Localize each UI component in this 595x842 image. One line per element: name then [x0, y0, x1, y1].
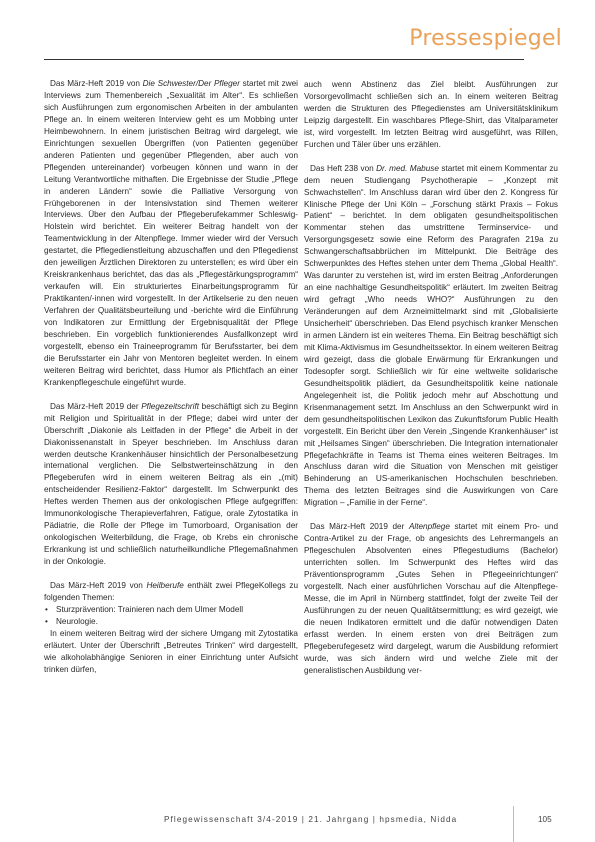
- paragraph-heilberufe-continued: In einem weiteren Beitrag wird der siche…: [44, 628, 298, 676]
- journal-title: Pflegezeitschrift: [141, 402, 199, 411]
- paragraph-altenpflege: Das März-Heft 2019 der Altenpflege start…: [304, 521, 558, 676]
- paragraph-heilberufe: Das März-Heft 2019 von Heilberufe enthäl…: [44, 580, 298, 604]
- paragraph-schwester-pfleger: Das März-Heft 2019 von Die Schwester/Der…: [44, 78, 298, 389]
- section-title: Pressespiegel: [409, 26, 562, 51]
- topic-list: Sturzprävention: Trainieren nach dem Ulm…: [44, 604, 298, 628]
- paragraph-heilberufe-end: auch wenn Abstinenz das Ziel bleibt. Aus…: [304, 79, 558, 151]
- right-column: auch wenn Abstinenz das Ziel bleibt. Aus…: [304, 79, 558, 677]
- page-number: 105: [538, 815, 552, 824]
- list-item: Neurologie.: [44, 616, 298, 628]
- journal-title: Dr. med. Mabuse: [376, 164, 439, 173]
- journal-title: Heilberufe: [146, 581, 183, 590]
- left-column: Das März-Heft 2019 von Die Schwester/Der…: [44, 78, 298, 676]
- journal-title: Die Schwester/Der Pfleger: [143, 79, 240, 88]
- journal-title: Altenpflege: [409, 522, 450, 531]
- header-divider: [44, 59, 524, 60]
- paragraph-pflegezeitschrift: Das März-Heft 2019 der Pflegezeitschrift…: [44, 401, 298, 568]
- paragraph-mabuse: Das Heft 238 von Dr. med. Mabuse startet…: [304, 163, 558, 510]
- footer-divider: [513, 806, 514, 842]
- footer-citation: Pflegewissenschaft 3/4-2019 | 21. Jahrga…: [164, 815, 457, 824]
- list-item: Sturzprävention: Trainieren nach dem Ulm…: [44, 604, 298, 616]
